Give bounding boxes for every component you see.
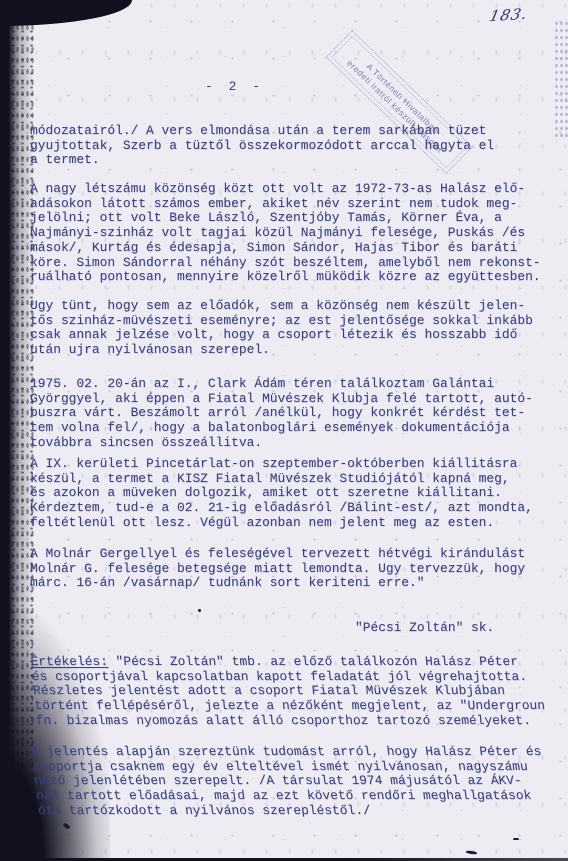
ink-speck <box>198 609 201 612</box>
scan-blob-bottom-left <box>0 611 110 861</box>
report-paragraph-5: A IX. kerületi Pincetárlat-on szeptember… <box>30 457 546 531</box>
closing-paragraph: A jelentés alapján szereztünk tudomást a… <box>30 745 555 819</box>
report-paragraph-6: A Molnár Gergellyel és feleségével terve… <box>30 547 546 591</box>
scanned-document-page: 183. - 2 - A Történeti Hivatalban eredet… <box>0 0 568 861</box>
scan-corner-top-left <box>0 0 132 26</box>
evaluation-body: "Pécsi Zoltán" tmb. az előző találkozón … <box>31 654 545 728</box>
report-paragraph-3: Ugy tünt, hogy sem az előadók, sem a köz… <box>30 299 546 358</box>
evaluation-paragraph: Értékelés: "Pécsi Zoltán" tmb. az előző … <box>30 655 552 729</box>
agent-signature: "Pécsi Zoltán" sk. <box>355 620 494 635</box>
report-paragraph-1: módozatairól./ A vers elmondása után a t… <box>30 124 546 168</box>
report-paragraph-2: A nagy létszámu közönség közt ott volt a… <box>30 182 546 285</box>
ink-speck <box>466 850 477 855</box>
page-marker: - 2 - <box>205 79 264 94</box>
report-paragraph-4: 1975. 02. 20-án az I., Clark Ádám téren … <box>30 377 546 451</box>
handwritten-folio-number: 183. <box>488 5 530 26</box>
scan-speckle-right <box>554 20 568 140</box>
ink-speck <box>513 838 519 840</box>
evaluation-label: Értékelés: <box>30 654 109 669</box>
